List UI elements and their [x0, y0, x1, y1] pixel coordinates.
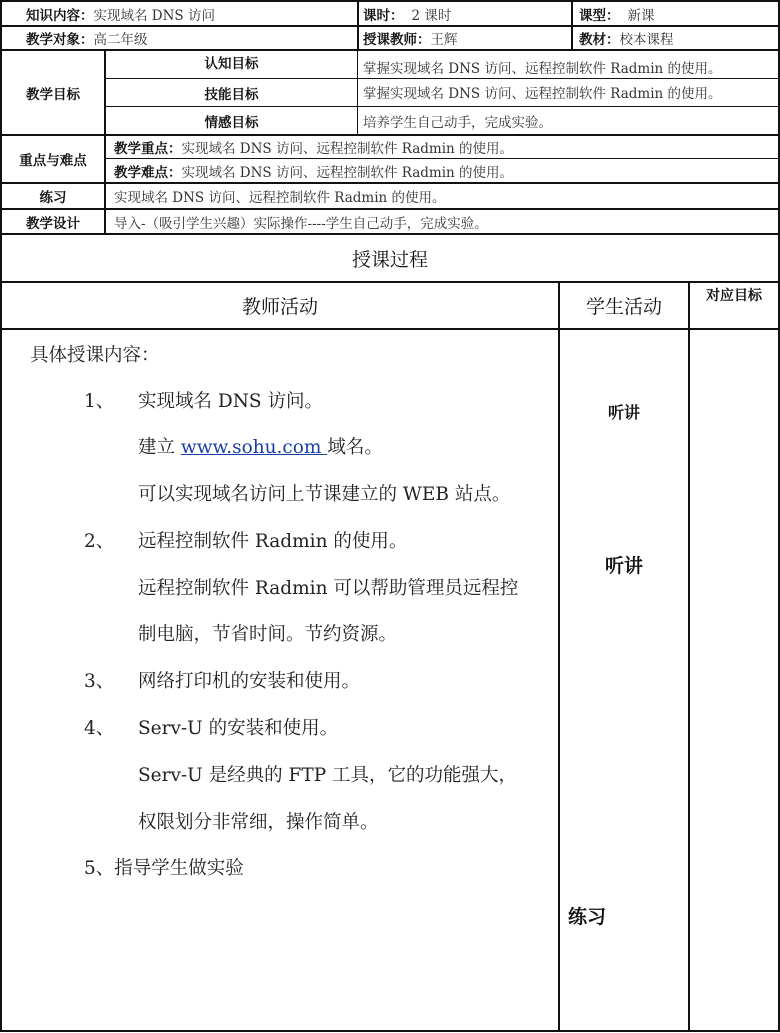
item-2-line1: 远程控制软件 Radmin 可以帮助管理员远程控	[138, 574, 518, 600]
goal-value-cognitive: 掌握实现域名 DNS 访问、远程控制软件 Radmin 的使用。	[359, 56, 778, 78]
goals-label: 教学目标	[2, 51, 104, 134]
col-header-goal: 对应目标	[690, 285, 778, 305]
key-point-value: 实现域名 DNS 访问、远程控制软件 Radmin 的使用。	[182, 137, 514, 157]
difficult-point-label: 教学难点：	[114, 161, 182, 181]
target-label: 教学对象：	[26, 28, 94, 48]
goal-name-emotion: 情感目标	[106, 107, 357, 134]
item-2-num: 2、	[84, 527, 114, 553]
border-goal-col2	[688, 281, 690, 1031]
item-3-num: 3、	[84, 667, 114, 693]
textbook-label: 教材：	[579, 28, 620, 48]
textbook-value: 校本课程	[620, 28, 674, 48]
target-value: 高二年级	[94, 28, 148, 48]
teacher-cell: 授课教师： 王辉	[359, 27, 571, 49]
goal-name-cognitive: 认知目标	[106, 51, 357, 73]
goal-name-skill: 技能目标	[106, 80, 357, 106]
item-1-line1: 建立 www.sohu.com 域名。	[138, 433, 383, 459]
teacher-value: 王辉	[431, 28, 458, 48]
knowledge-cell: 知识内容： 实现域名 DNS 访问	[2, 2, 357, 25]
item-4-line1: Serv-U 是经典的 FTP 工具，它的功能强大，	[138, 761, 517, 787]
practice-value: 实现域名 DNS 访问、远程控制软件 Radmin 的使用。	[106, 184, 778, 208]
key-point-label: 教学重点：	[114, 137, 182, 157]
item-1-title: 实现域名 DNS 访问。	[138, 387, 323, 413]
goal-value-skill: 掌握实现域名 DNS 访问、远程控制软件 Radmin 的使用。	[359, 79, 778, 105]
item-1-line1-pre: 建立	[138, 437, 181, 458]
item-2-line2: 制电脑，节省时间。节约资源。	[138, 620, 397, 646]
student-activity-2: 听讲	[560, 551, 688, 578]
difficult-point-value: 实现域名 DNS 访问、远程控制软件 Radmin 的使用。	[182, 161, 514, 181]
item-2-title: 远程控制软件 Radmin 的使用。	[138, 527, 407, 553]
border-bottom	[0, 1030, 780, 1032]
design-label: 教学设计	[2, 210, 104, 233]
item-5: 5、指导学生做实验	[84, 854, 244, 880]
target-cell: 教学对象： 高二年级	[2, 27, 357, 49]
border-goal-col	[357, 49, 358, 134]
knowledge-value: 实现域名 DNS 访问	[94, 4, 215, 24]
type-cell: 课型： 新课	[573, 2, 778, 25]
item-3-title: 网络打印机的安装和使用。	[138, 667, 360, 693]
difficult-point-cell: 教学难点： 实现域名 DNS 访问、远程控制软件 Radmin 的使用。	[106, 159, 778, 182]
item-1-num: 1、	[84, 387, 114, 413]
item-4-line2: 权限划分非常细，操作简单。	[138, 808, 379, 834]
sohu-link[interactable]: www.sohu.com	[181, 437, 327, 458]
process-title: 授课过程	[2, 235, 778, 281]
col-header-teacher: 教师活动	[2, 283, 558, 328]
key-point-cell: 教学重点： 实现域名 DNS 访问、远程控制软件 Radmin 的使用。	[106, 136, 778, 158]
col-header-student: 学生活动	[560, 283, 688, 328]
teacher-label: 授课教师：	[363, 28, 431, 48]
hours-cell: 课时： 2 课时	[359, 2, 571, 25]
item-1-line1-post: 域名。	[327, 437, 383, 458]
knowledge-label: 知识内容：	[26, 4, 94, 24]
item-1-line2: 可以实现域名访问上节课建立的 WEB 站点。	[138, 480, 510, 506]
keypoints-label: 重点与难点	[2, 136, 104, 182]
goal-value-emotion: 培养学生自己动手，完成实验。	[359, 107, 778, 134]
type-label: 课型：	[579, 4, 620, 24]
design-value: 导入-（吸引学生兴趣）实际操作----学生自己动手，完成实验。	[106, 210, 778, 233]
border-student-col	[558, 281, 560, 1031]
textbook-cell: 教材： 校本课程	[573, 27, 778, 49]
type-value: 新课	[628, 4, 655, 24]
item-4-title: Serv-U 的安装和使用。	[138, 714, 338, 740]
practice-label: 练习	[2, 184, 104, 208]
border-colhead-end	[0, 328, 780, 330]
hours-value: 2 课时	[412, 4, 452, 24]
student-activity-1: 听讲	[560, 400, 688, 423]
hours-label: 课时：	[363, 4, 404, 24]
item-4-num: 4、	[84, 714, 114, 740]
content-intro: 具体授课内容：	[30, 341, 160, 367]
student-activity-3: 练习	[568, 902, 606, 929]
